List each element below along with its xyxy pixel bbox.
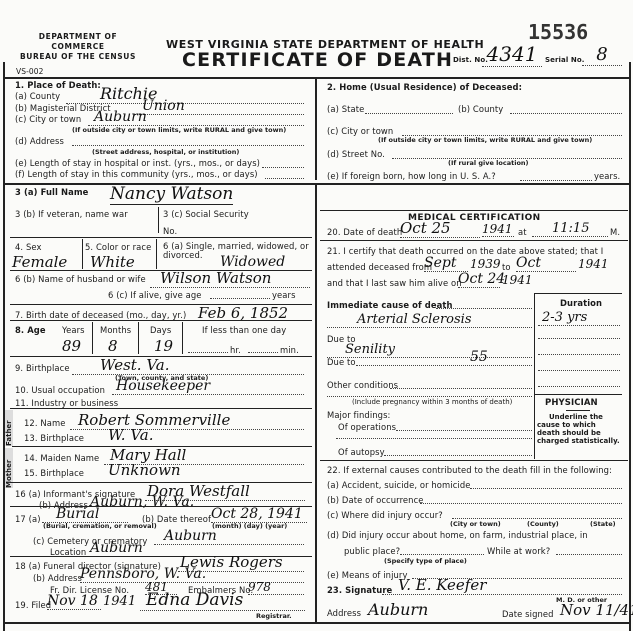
attended-from-value: Sept [424,255,468,272]
spouse-age-unit: years [272,290,296,300]
other-conditions-value [390,379,532,389]
sex-label: 4. Sex [15,242,42,252]
divider [320,240,628,241]
pregnancy-note: (Include pregnancy within 3 months of de… [352,398,512,406]
home-county-value [510,103,622,114]
work-value [556,545,622,555]
serial-no-value: 8 [582,44,622,66]
operations-label: Of operations [338,422,396,432]
occurrence-label: (b) Date of occurrence [327,495,424,505]
home-city-label: (c) City or town [327,126,393,136]
home-county-label: (b) County [458,104,503,114]
stay-community-value [265,169,304,179]
marital-value: Widowed [220,254,285,270]
city-value: Auburn [88,109,304,126]
date-signed-label: Date signed [502,609,554,619]
county-label: (a) County [15,91,60,101]
burial-num: 17 (a) [15,514,41,524]
death-year: 1941 [482,222,514,237]
death-time-value: 11:15 [532,221,608,237]
divider [92,322,93,354]
serial-no-label: Serial No. [545,56,585,64]
hours-value [188,344,228,353]
race-label: 5. Color or race [85,242,151,252]
public-label: public place? [344,546,400,556]
funeral-address-label: (b) Address [33,573,82,583]
duration-box-top [534,293,622,294]
foreign-value [520,170,592,181]
registrar-signature: Edna Davis [140,590,305,611]
death-date-value: Oct 25 [400,219,480,238]
years-label: years. [594,171,620,181]
sex-value: Female [12,253,67,271]
foreign-label: (e) If foreign born, how long in U. S. A… [327,171,496,181]
last-seen-value: Oct 24 [458,271,500,288]
filed-label: 19. Filed [15,600,51,610]
duration-box-left [534,293,535,459]
section-divider-top [315,77,317,180]
spouse-age-label: 6 (c) If alive, give age [108,290,202,300]
age-days-label: Days [150,325,171,335]
veteran-divider [158,207,159,233]
dist-no-value: 4341 [482,42,542,67]
address-value [72,135,304,146]
divider [156,239,157,269]
where-note-state: (State) [590,520,616,528]
birth-date-label: 7. Birth date of deceased (mo., day, yr.… [15,310,186,320]
street-value [392,148,622,159]
burial-date-value: Oct 28, 1941 [211,506,307,523]
age-days-value: 19 [154,337,173,355]
accident-value [470,479,622,489]
race-value: White [90,253,135,271]
header-divider [3,77,631,79]
full-name-label: 3 (a) Full Name [15,187,88,197]
spouse-label: 6 (b) Name of husband or wife [15,274,146,284]
home-state-value [365,103,453,114]
hr-label: hr. [230,345,241,355]
certifier-address-value: Auburn [368,600,428,619]
minutes-value [248,344,278,353]
spouse-value: Wilson Watson [150,269,310,288]
father-birthplace-value: W. Va. [108,426,154,444]
autopsy-label: Of autopsy [338,447,385,457]
city-note: (If outside city or town limits, write R… [72,126,286,134]
work-label: While at work? [487,546,550,556]
stay-hospital-label: (e) Length of stay in hospital or inst. … [15,158,260,168]
min-label: min. [280,345,299,355]
duration-label: Duration [560,298,602,308]
father-birthplace-label: 13. Birthplace [24,433,84,443]
city-label: (c) City or town [15,114,81,124]
less-than-day-label: If less than one day [202,325,286,335]
cause-line [436,299,532,309]
industry-label: 11. Industry or business [15,398,118,408]
section-divider-middle [315,183,317,623]
birthplace-value: West. Va. [72,356,304,375]
duration-line [538,368,620,371]
accident-label: (a) Accident, suicide, or homicide [327,480,471,490]
immediate-cause-value: Arterial Sclerosis [327,312,532,328]
filed-year: 1941 [103,594,136,609]
ssn-label: 3 (c) Social Security [163,209,249,219]
home-city-note: (If outside city or town limits, write R… [378,136,592,144]
dept-header: DEPARTMENT OF COMMERCE BUREAU OF THE CEN… [18,32,138,62]
father-name-value: Robert Sommerville [70,411,304,430]
operations-line [336,434,532,439]
duration-line [538,384,620,387]
filed-date-value: Nov 18 [47,593,101,610]
major-findings-label: Major findings: [327,410,390,420]
street-note: (If rural give location) [448,159,529,167]
duration-value: 2-3 yrs [538,310,620,326]
registrar-label: Registrar. [256,612,292,620]
birthplace-label: 9. Birthplace [15,363,70,373]
physician-box-top [534,394,622,395]
occupation-label: 10. Usual occupation [15,385,105,395]
public-value [400,545,484,555]
age-label: 8. Age [15,325,46,335]
where-note-county: (County) [527,520,559,528]
dept-line-1: DEPARTMENT OF COMMERCE [18,32,138,52]
ssn-no-label: No. [163,226,177,236]
duration-line [538,336,620,339]
mother-birthplace-value: Unknown [108,461,181,479]
mother-birthplace-label: 15. Birthplace [24,468,84,478]
age-months-value: 8 [108,337,118,355]
attended-to-value: Oct [516,255,576,272]
duration-line [538,352,620,355]
age-months-label: Months [100,325,131,335]
m-label: M. [610,227,620,237]
right-border [629,62,631,631]
physician-note: Underline the cause to which death shoul… [537,413,621,445]
state-label: (a) State [327,104,364,114]
divider [82,239,83,269]
mother-name-label: 14. Maiden Name [24,453,99,463]
spouse-age-value [210,289,270,299]
page-title: CERTIFICATE OF DEATH [182,49,453,71]
form-number: VS-002 [16,67,44,76]
last-seen-label: and that I last saw him alive on [327,278,462,288]
operations-value [396,421,532,431]
burial-method-note: (Burial, cremation, or removal) [43,522,157,530]
at-label: at [518,227,527,237]
burial-method-value: Burial [42,506,128,523]
burial-date-label: (b) Date thereof [142,514,211,524]
left-border [3,62,5,631]
last-seen-year: 1941 [502,273,533,287]
attended-from-year: 1939 [470,257,501,271]
where-note-city: (City or town) [450,520,501,528]
home-heading: 2. Home (Usual Residence) of Deceased: [327,82,522,92]
where-value [452,509,622,519]
age-years-value: 89 [62,337,81,355]
section-divider [3,183,631,185]
immediate-cause-label: Immediate cause of death [327,300,453,310]
where-label: (c) Where did injury occur? [327,510,443,520]
full-name-value: Nancy Watson [110,184,233,205]
father-side-label: Father [5,410,13,446]
occupation-value: Housekeeper [112,378,304,395]
death-date-label: 20. Date of death [327,227,402,237]
divider [320,460,628,461]
attended-label: attended deceased from [327,262,432,272]
address-label: (d) Address [15,136,64,146]
home-city-value [402,125,622,136]
certifier-address-label: Address [327,608,361,618]
father-name-label: 12. Name [24,418,66,428]
stay-community-label: (f) Length of stay in this community (yr… [15,169,258,179]
external-heading: 22. If external causes contributed to th… [327,465,612,475]
due-to-label-2: Due to [327,357,356,367]
public-note: (Specify type of place) [384,557,467,565]
divider [10,408,312,409]
bottom-border [3,622,631,624]
date-signed-value: Nov 11/41 [560,601,633,619]
divider [138,322,139,354]
due-to-line-2 [356,356,532,366]
dept-line-2: BUREAU OF THE CENSUS [18,52,138,62]
place-label: (d) Did injury occur about home, on farm… [327,530,588,540]
occurrence-value [420,494,622,504]
divider [10,320,312,321]
veteran-label: 3 (b) If veteran, name war [15,209,128,219]
attended-to-year: 1941 [578,257,609,271]
age-years-label: Years [62,325,85,335]
address-note: (Street address, hospital, or institutio… [92,148,239,156]
physician-heading: PHYSICIAN [545,398,598,408]
other-conditions-label: Other conditions [327,380,398,390]
stamp-number: 15536 [528,20,588,44]
certifier-signature: V. E. Keefer [382,576,622,595]
street-label: (d) Street No. [327,149,385,159]
divider [182,322,183,354]
autopsy-value [384,446,532,456]
stay-hospital-value [262,158,304,168]
physician-rule [566,410,590,411]
other-conditions-line [327,392,532,397]
divider [320,210,628,211]
divider [10,237,312,238]
